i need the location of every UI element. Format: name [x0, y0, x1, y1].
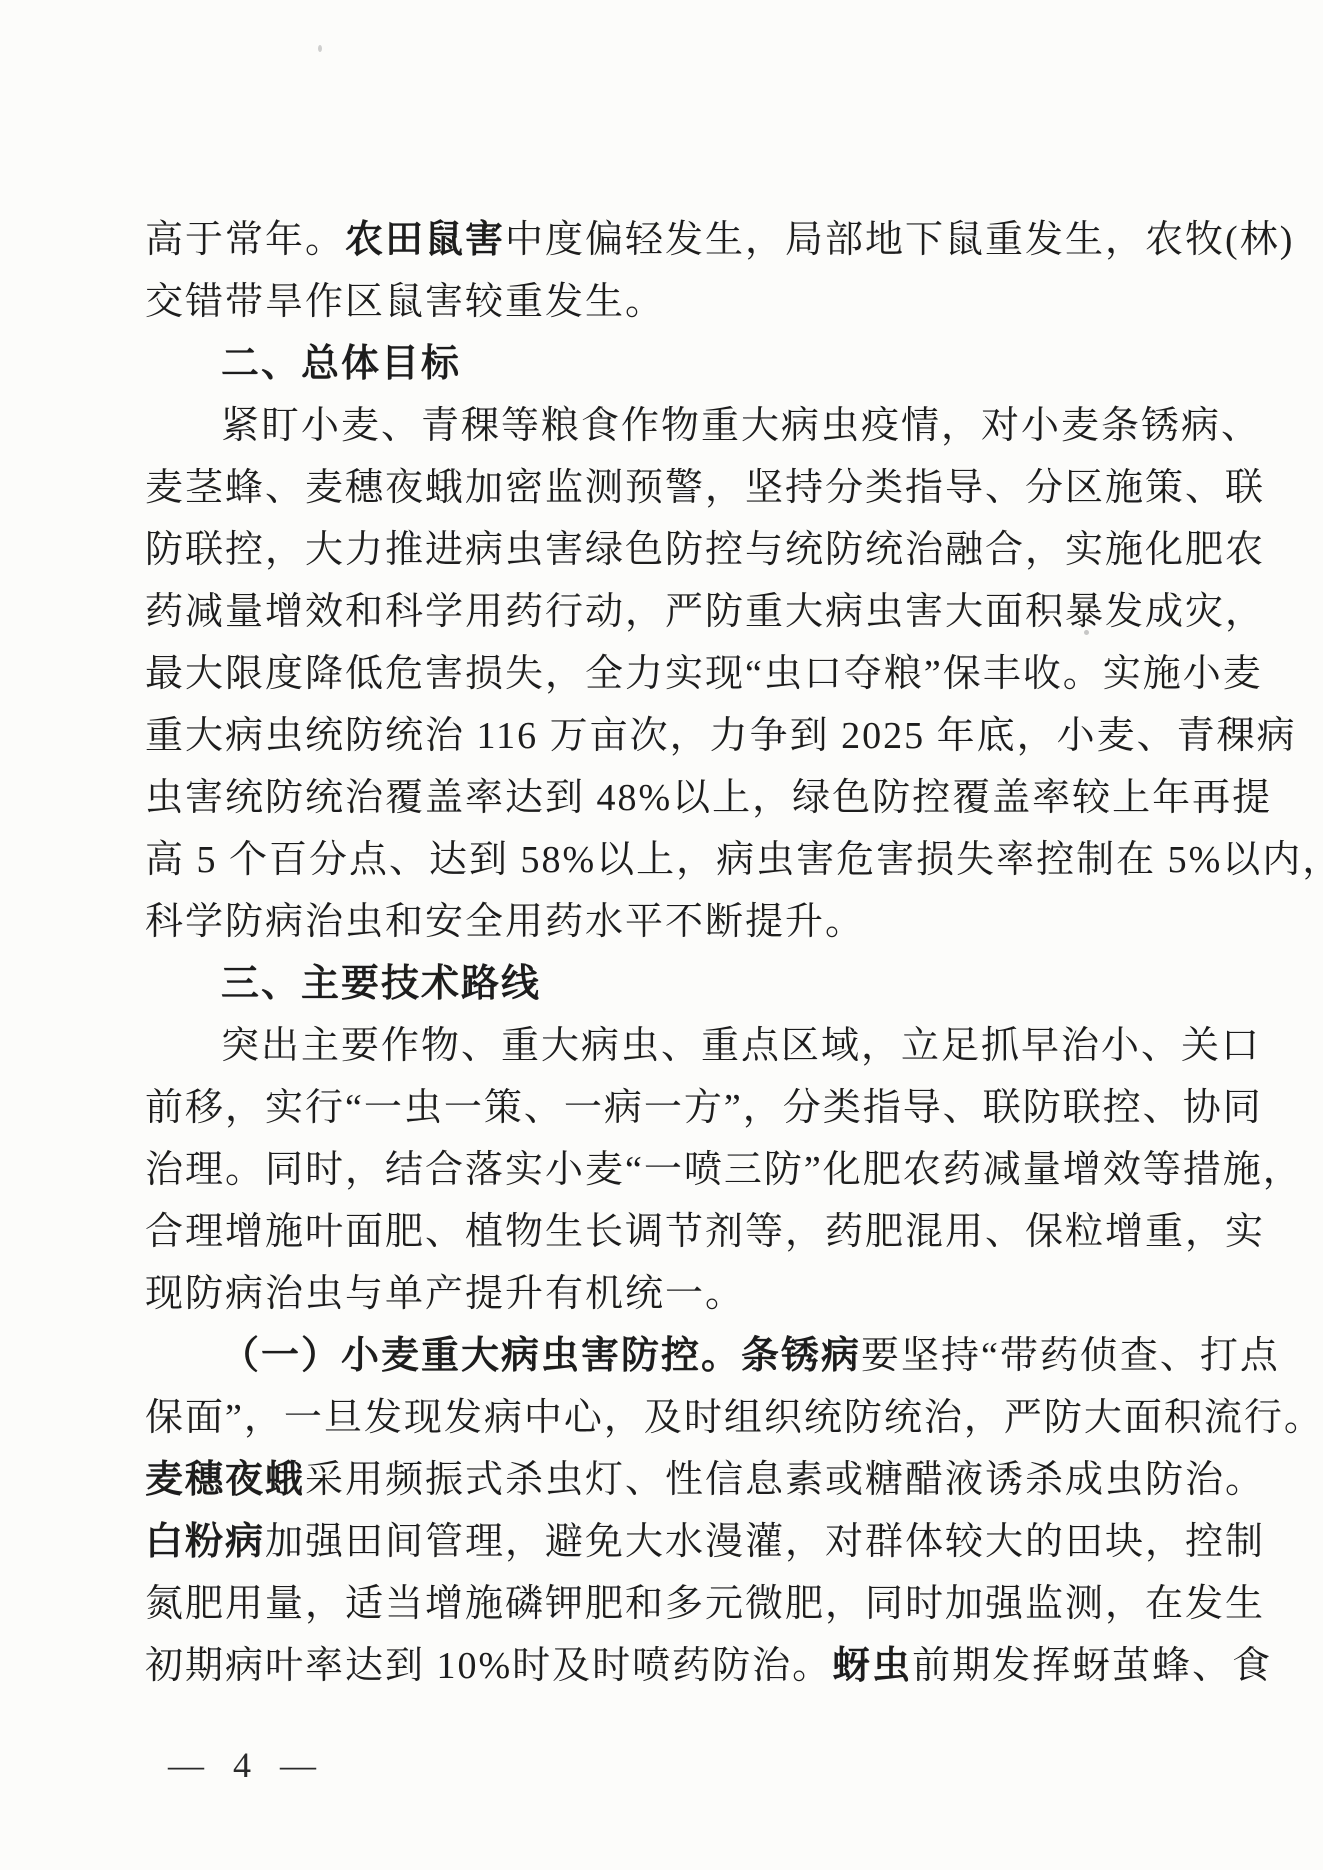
text-line: 麦茎蜂、麦穗夜蛾加密监测预警，坚持分类指导、分区施策、联	[145, 457, 1189, 519]
body-text: 现防病治虫与单产提升有机统一。	[145, 1273, 745, 1315]
bold-text: 农田鼠害	[345, 219, 505, 261]
text-line: 高 5 个百分点、达到 58%以上，病虫害危害损失率控制在 5%以内，	[145, 829, 1189, 891]
body-text: 采用频振式杀虫灯、性信息素或糖醋液诱杀成虫防治。	[305, 1459, 1265, 1501]
body-text: 加强田间管理，避免大水漫灌，对群体较大的田块，控制	[265, 1521, 1265, 1563]
text-line: 药减量增效和科学用药行动，严防重大病虫害大面积暴发成灾，	[145, 581, 1189, 643]
body-text: 麦茎蜂、麦穗夜蛾加密监测预警，坚持分类指导、分区施策、联	[145, 467, 1265, 509]
document-page: 高于常年。农田鼠害中度偏轻发生，局部地下鼠重发生，农牧(林)交错带旱作区鼠害较重…	[0, 0, 1323, 1870]
text-line: 科学防病治虫和安全用药水平不断提升。	[145, 891, 1189, 953]
page-number: — 4 —	[168, 1744, 326, 1786]
text-line: 突出主要作物、重大病虫、重点区域，立足抓早治小、关口	[145, 1015, 1189, 1077]
section-heading: 二、总体目标	[145, 333, 1189, 395]
body-text: 紧盯小麦、青稞等粮食作物重大病虫疫情，对小麦条锈病、	[221, 405, 1261, 447]
bold-text: 蚜虫	[832, 1645, 912, 1687]
text-line: 虫害统防统治覆盖率达到 48%以上，绿色防控覆盖率较上年再提	[145, 767, 1189, 829]
text-line: 治理。同时，结合落实小麦“一喷三防”化肥农药减量增效等措施，	[145, 1139, 1189, 1201]
body-text: 高 5 个百分点、达到 58%以上，病虫害危害损失率控制在 5%以内，	[145, 839, 1323, 881]
document-body: 高于常年。农田鼠害中度偏轻发生，局部地下鼠重发生，农牧(林)交错带旱作区鼠害较重…	[145, 209, 1189, 1697]
text-line: 白粉病加强田间管理，避免大水漫灌，对群体较大的田块，控制	[145, 1511, 1189, 1573]
body-text: 防联控，大力推进病虫害绿色防控与统防统治融合，实施化肥农	[145, 529, 1265, 571]
body-text: 高于常年。	[145, 219, 345, 261]
body-text: 交错带旱作区鼠害较重发生。	[145, 281, 665, 323]
body-text: 虫害统防统治覆盖率达到 48%以上，绿色防控覆盖率较上年再提	[145, 777, 1272, 819]
bold-text: 白粉病	[145, 1521, 265, 1563]
body-text: 最大限度降低危害损失，全力实现“虫口夺粮”保丰收。实施小麦	[145, 653, 1263, 695]
body-text: 治理。同时，结合落实小麦“一喷三防”化肥农药减量增效等措施，	[145, 1149, 1303, 1191]
body-text: 前移，实行“一虫一策、一病一方”，分类指导、联防联控、协同	[145, 1087, 1263, 1129]
text-line: 现防病治虫与单产提升有机统一。	[145, 1263, 1189, 1325]
scan-artifact	[318, 45, 322, 52]
text-line: 重大病虫统防统治 116 万亩次，力争到 2025 年底，小麦、青稞病	[145, 705, 1189, 767]
text-line: 交错带旱作区鼠害较重发生。	[145, 271, 1189, 333]
body-text: 重大病虫统防统治 116 万亩次，力争到 2025 年底，小麦、青稞病	[145, 715, 1297, 757]
body-text: 氮肥用量，适当增施磷钾肥和多元微肥，同时加强监测，在发生	[145, 1583, 1265, 1625]
bold-text: 三、主要技术路线	[221, 963, 541, 1005]
text-line: 初期病叶率达到 10%时及时喷药防治。蚜虫前期发挥蚜茧蜂、食	[145, 1635, 1189, 1697]
text-line: 紧盯小麦、青稞等粮食作物重大病虫疫情，对小麦条锈病、	[145, 395, 1189, 457]
body-text: 突出主要作物、重大病虫、重点区域，立足抓早治小、关口	[221, 1025, 1261, 1067]
text-line: 氮肥用量，适当增施磷钾肥和多元微肥，同时加强监测，在发生	[145, 1573, 1189, 1635]
text-line: 麦穗夜蛾采用频振式杀虫灯、性信息素或糖醋液诱杀成虫防治。	[145, 1449, 1189, 1511]
bold-text: 二、总体目标	[221, 343, 461, 385]
text-line: 前移，实行“一虫一策、一病一方”，分类指导、联防联控、协同	[145, 1077, 1189, 1139]
body-text: 初期病叶率达到 10%时及时喷药防治。	[145, 1645, 832, 1687]
text-line: （一）小麦重大病虫害防控。条锈病要坚持“带药侦查、打点	[145, 1325, 1189, 1387]
text-line: 最大限度降低危害损失，全力实现“虫口夺粮”保丰收。实施小麦	[145, 643, 1189, 705]
text-line: 保面”，一旦发现发病中心，及时组织统防统治，严防大面积流行。	[145, 1387, 1189, 1449]
body-text: 药减量增效和科学用药行动，严防重大病虫害大面积暴发成灾，	[145, 591, 1265, 633]
section-heading: 三、主要技术路线	[145, 953, 1189, 1015]
text-line: 高于常年。农田鼠害中度偏轻发生，局部地下鼠重发生，农牧(林)	[145, 209, 1189, 271]
body-text: 要坚持“带药侦查、打点	[861, 1335, 1280, 1377]
text-line: 防联控，大力推进病虫害绿色防控与统防统治融合，实施化肥农	[145, 519, 1189, 581]
body-text: 前期发挥蚜茧蜂、食	[912, 1645, 1272, 1687]
bold-text: 麦穗夜蛾	[145, 1459, 305, 1501]
text-line: 合理增施叶面肥、植物生长调节剂等，药肥混用、保粒增重，实	[145, 1201, 1189, 1263]
body-text: 中度偏轻发生，局部地下鼠重发生，农牧(林)	[505, 219, 1294, 261]
body-text: 科学防病治虫和安全用药水平不断提升。	[145, 901, 865, 943]
bold-text: （一）小麦重大病虫害防控。条锈病	[221, 1335, 861, 1377]
body-text: 合理增施叶面肥、植物生长调节剂等，药肥混用、保粒增重，实	[145, 1211, 1265, 1253]
body-text: 保面”，一旦发现发病中心，及时组织统防统治，严防大面积流行。	[145, 1397, 1323, 1439]
